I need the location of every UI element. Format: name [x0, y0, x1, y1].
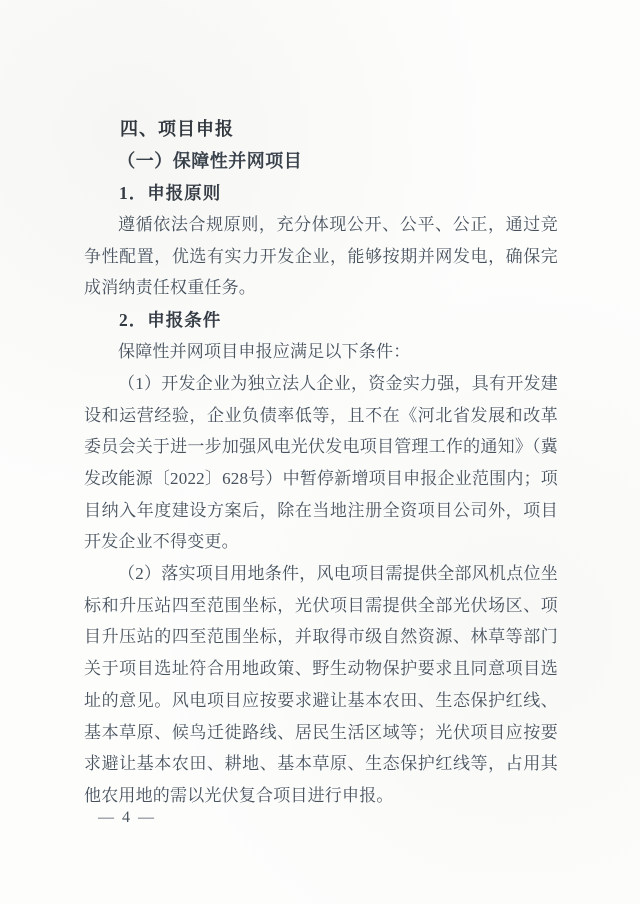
paragraph-condition-2-land-use: （2）落实项目用地条件，风电项目需提供全部风机点位坐标和升压站四至范围坐标，光伏…: [84, 558, 558, 812]
paragraph-condition-1-enterprise-qualification: （1）开发企业为独立法人企业，资金实力强，具有开发建设和运营经验，企业负债率低等…: [84, 368, 558, 558]
heading-section-four-project-declaration: 四、项目申报: [84, 113, 558, 145]
document-body: 四、项目申报 （一）保障性并网项目 1．申报原则 遵循依法合规原则，充分体现公开…: [84, 113, 558, 812]
heading-declaration-conditions: 2．申报条件: [84, 304, 558, 336]
page-number: — 4 —: [98, 806, 156, 830]
paragraph-declaration-principles: 遵循依法合规原则，充分体现公开、公平、公正，通过竞争性配置，优选有实力开发企业，…: [84, 209, 558, 304]
heading-subsection-guaranteed-grid-projects: （一）保障性并网项目: [84, 145, 558, 177]
heading-declaration-principles: 1．申报原则: [84, 177, 558, 209]
document-page: 四、项目申报 （一）保障性并网项目 1．申报原则 遵循依法合规原则，充分体现公开…: [0, 0, 640, 904]
paragraph-conditions-intro: 保障性并网项目申报应满足以下条件：: [84, 336, 558, 368]
